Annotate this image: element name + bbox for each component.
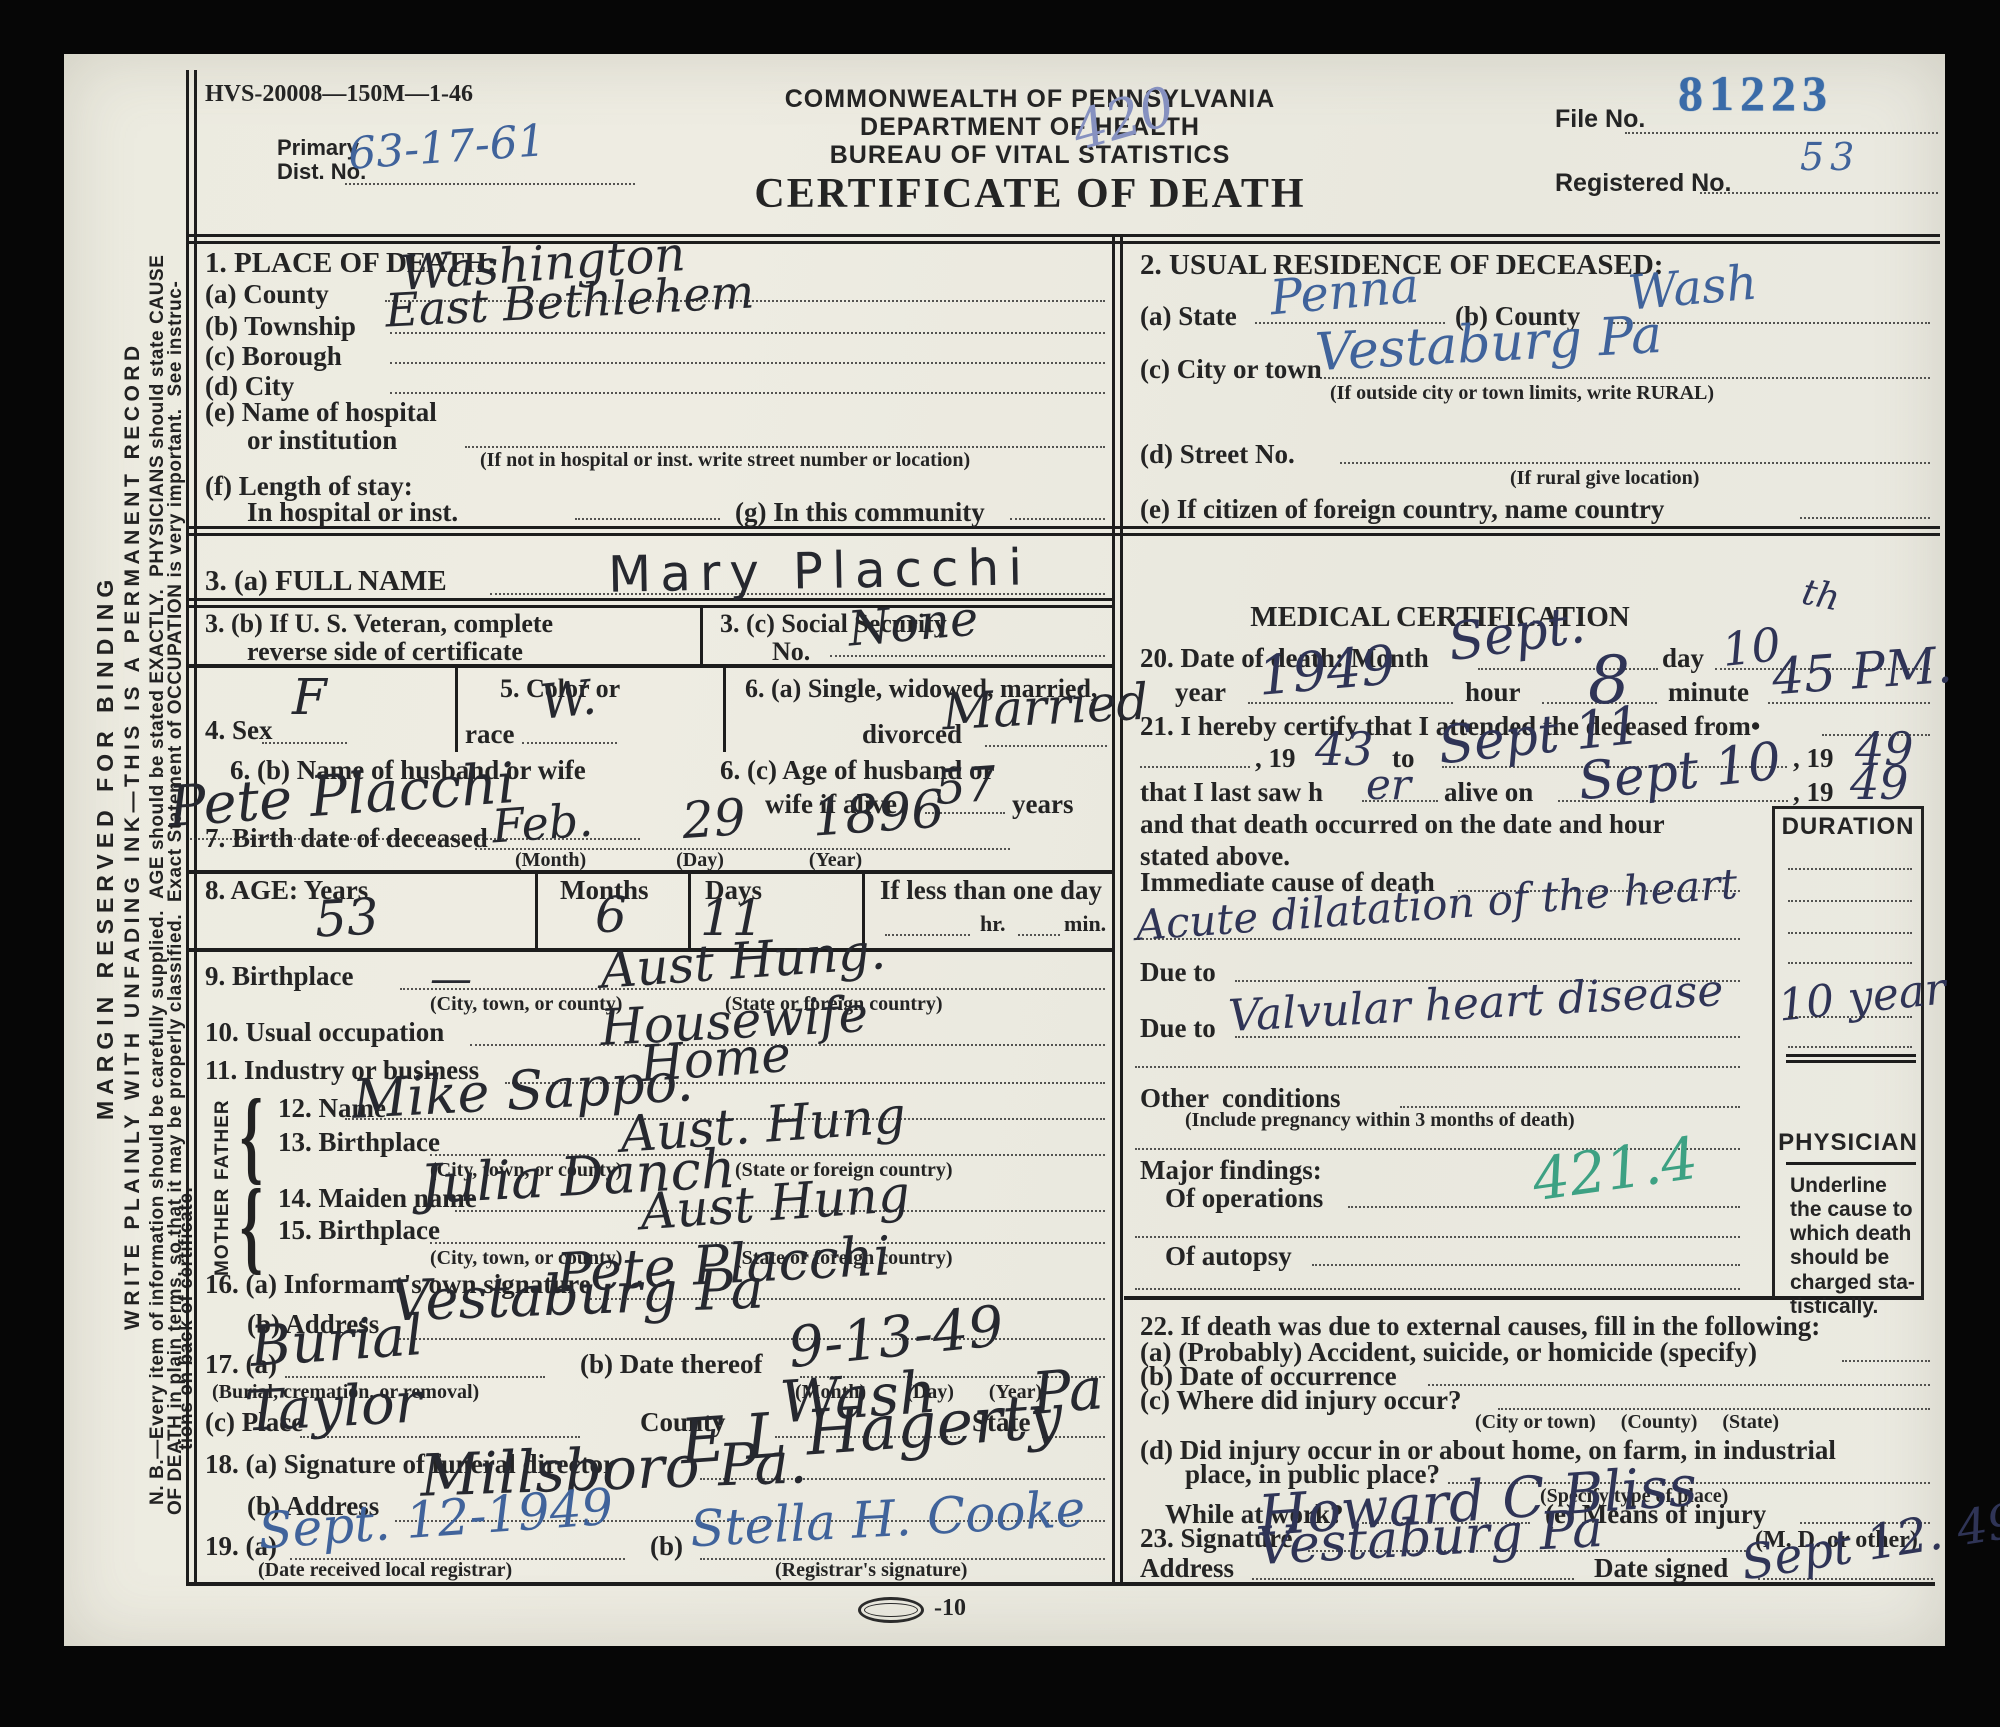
dotted-line <box>1788 932 1912 934</box>
hr-label: hr. <box>980 912 1005 936</box>
disposal-value: Burial <box>248 1308 425 1376</box>
father-group-label: FATHER <box>212 1099 234 1180</box>
hospital-label-2: or institution <box>247 426 397 455</box>
registrar-sig-caption: (Registrar's signature) <box>775 1560 967 1582</box>
birthplace-label: 9. Birthplace <box>205 962 354 991</box>
death-minute-value: 45 PM. <box>1770 640 1953 702</box>
race-value: W. <box>538 673 599 727</box>
dotted-line <box>1362 800 1438 802</box>
registrar-sig-label: (b) <box>650 1532 683 1561</box>
hospital-label: (e) Name of hospital <box>205 398 437 427</box>
full-name-label: 3. (a) FULL NAME <box>205 566 447 597</box>
informant-address-value: Vestaburg Pa <box>389 1261 765 1330</box>
spouse-age-years-label: years <box>1012 790 1073 819</box>
death-year-value: 1949 <box>1256 638 1398 704</box>
org-line-1: COMMONWEALTH OF PENNSYLVANIA <box>640 86 1420 113</box>
dotted-line <box>1340 462 1930 464</box>
citizen-label: (e) If citizen of foreign country, name … <box>1140 495 1664 524</box>
dotted-line <box>1400 1106 1740 1108</box>
sex-race-divider <box>455 668 458 752</box>
city-town-label: (c) City or town <box>1140 355 1322 384</box>
county-label: (a) County <box>205 280 329 309</box>
state-value: Penna <box>1268 262 1421 323</box>
dotted-line <box>1498 1408 1930 1410</box>
margin-note-ink: WRITE PLAINLY WITH UNFADING INK—THIS IS … <box>121 341 145 1330</box>
city-town-note: (If outside city or town limits, write R… <box>1330 383 1714 405</box>
dotted-line <box>390 332 1105 334</box>
death-minute-label: minute <box>1668 678 1749 707</box>
saw-year-prefix: , 19 <box>1793 778 1834 807</box>
physician-note: Underline the cause to which death shoul… <box>1790 1174 1920 1319</box>
veteran-label-1: 3. (b) If U. S. Veteran, complete <box>205 610 553 638</box>
dotted-line <box>1800 517 1930 519</box>
dotted-line <box>465 446 1105 448</box>
from-year-prefix: , 19 <box>1255 744 1296 773</box>
mother-group-label: MOTHER <box>212 1188 234 1276</box>
death-certificate-scan: MARGIN RESERVED FOR BINDING WRITE PLAINL… <box>0 0 2000 1727</box>
dotted-line <box>1010 518 1105 520</box>
dotted-line <box>1252 1578 1574 1580</box>
borough-label: (c) Borough <box>205 342 342 371</box>
disposal-place-value: Taylor <box>244 1375 423 1440</box>
medical-heading: MEDICAL CERTIFICATION <box>1140 602 1740 633</box>
veteran-ss-divider <box>700 608 703 664</box>
veteran-label-2: reverse side of certificate <box>247 638 523 666</box>
ss-label-2: No. <box>772 638 810 666</box>
mother-brace: { <box>240 1165 263 1286</box>
medical-th-note: th <box>1799 574 1843 617</box>
file-no-label: File No. <box>1555 106 1645 133</box>
union-printer-emblem-icon <box>858 1597 924 1623</box>
age-less-label: If less than one day <box>880 876 1102 905</box>
age-months-value: 6 <box>595 890 627 940</box>
birthdate-year-value: 1896 <box>810 783 946 844</box>
dotted-line <box>390 392 1105 394</box>
dotted-line <box>1135 938 1740 940</box>
duration-end-rule <box>1786 1054 1916 1057</box>
hospital-note: (If not in hospital or inst. write stree… <box>480 450 970 472</box>
dotted-line <box>575 518 720 520</box>
org-line-3: BUREAU OF VITAL STATISTICS <box>640 142 1420 169</box>
last-saw-label-1: that I last saw h <box>1140 778 1323 807</box>
dotted-line <box>1478 668 1658 670</box>
from-year-value: 43 <box>1315 726 1374 772</box>
occupation-label: 10. Usual occupation <box>205 1018 444 1047</box>
occurred-label: and that death occurred on the date and … <box>1140 810 1665 839</box>
dotted-line <box>885 934 970 936</box>
dotted-line <box>345 183 635 185</box>
dotted-line <box>985 745 1107 747</box>
physician-heading: PHYSICIAN <box>1778 1130 1918 1156</box>
dotted-line <box>1135 1066 1740 1068</box>
dotted-line <box>1788 1016 1912 1018</box>
dotted-line <box>522 742 617 744</box>
last-saw-label-2: alive on <box>1444 778 1533 807</box>
page-title: CERTIFICATE OF DEATH <box>640 172 1420 217</box>
dotted-line <box>1140 766 1250 768</box>
duration-heading: DURATION <box>1778 814 1918 840</box>
age-years-divider <box>535 874 538 948</box>
injury-where-captions: (City or town) (County) (State) <box>1475 1412 1779 1434</box>
due-to-2-label: Due to <box>1140 1014 1216 1043</box>
dotted-line <box>1788 962 1912 964</box>
registrar-date-caption: (Date received local registrar) <box>258 1560 512 1582</box>
age-years-value: 53 <box>314 891 380 944</box>
in-hospital-label: In hospital or inst. <box>247 498 458 527</box>
physician-address-label: Address <box>1140 1554 1234 1583</box>
autopsy-label: Of autopsy <box>1165 1242 1292 1271</box>
birthdate-captions: (Month) (Day) (Year) <box>515 850 862 872</box>
death-hour-label: hour <box>1465 678 1521 707</box>
major-findings-label: Major findings: <box>1140 1156 1322 1185</box>
birthdate-month-value: Feb. <box>491 797 595 850</box>
race-label-2: race <box>465 720 514 749</box>
dotted-line <box>1842 1360 1930 1362</box>
section-rule <box>186 526 1940 536</box>
margin-note-binding: MARGIN RESERVED FOR BINDING <box>92 574 119 1120</box>
to-year-prefix: , 19 <box>1793 744 1834 773</box>
center-divider-line <box>1112 234 1123 1586</box>
dotted-line <box>1135 1236 1740 1238</box>
state-label: (a) State <box>1140 302 1237 331</box>
mother-birthplace-label: 15. Birthplace <box>278 1216 440 1245</box>
saw-year-value: 49 <box>1850 760 1909 806</box>
birthdate-label: 7. Birth date of deceased <box>205 824 488 853</box>
other-conditions-note: (Include pregnancy within 3 months of de… <box>1185 1110 1575 1132</box>
birthplace-cap-city: (City, town, or county) <box>430 994 622 1016</box>
street-note: (If rural give location) <box>1510 468 1699 490</box>
dotted-line <box>1788 900 1912 902</box>
date-signed-label: Date signed <box>1594 1554 1728 1583</box>
dotted-line <box>1428 1384 1930 1386</box>
dotted-line <box>1700 192 1938 194</box>
birthdate-day-value: 29 <box>680 792 747 846</box>
dotted-line <box>390 362 1105 364</box>
disposal-date-label: (b) Date thereof <box>580 1350 762 1379</box>
death-day-label: day <box>1662 644 1704 673</box>
sex-value: F <box>292 672 327 722</box>
registered-no-value: 53 <box>1800 138 1860 176</box>
dotted-line <box>1018 934 1060 936</box>
due-to-1-label: Due to <box>1140 958 1216 987</box>
dotted-line <box>262 742 347 744</box>
dotted-line <box>1312 1264 1740 1266</box>
dotted-line <box>1788 868 1912 870</box>
physician-underline <box>1786 1162 1916 1165</box>
race-marital-divider <box>723 668 726 752</box>
footer-mark: -10 <box>934 1596 966 1622</box>
operations-label: Of operations <box>1165 1184 1323 1213</box>
marital-value: Married <box>941 677 1150 738</box>
sex-label: 4. Sex <box>205 716 273 745</box>
file-no-value: 81223 <box>1678 66 1833 120</box>
dotted-line <box>1788 1046 1912 1048</box>
min-label: min. <box>1064 912 1106 936</box>
father-birthplace-label: 13. Birthplace <box>278 1128 440 1157</box>
dotted-line <box>1135 1288 1740 1290</box>
street-no-label: (d) Street No. <box>1140 440 1295 469</box>
township-label: (b) Township <box>205 312 356 341</box>
form-number: HVS-20008—150M—1-46 <box>205 82 473 108</box>
injury-where-label: (c) Where did injury occur? <box>1140 1386 1461 1415</box>
org-line-2: DEPARTMENT OF HEALTH <box>640 114 1420 141</box>
death-year-label: year <box>1175 678 1226 707</box>
dotted-line <box>1625 132 1938 134</box>
dotted-line <box>1235 1036 1740 1038</box>
ss-value: None <box>846 594 980 653</box>
in-community-label: (g) In this community <box>735 498 985 527</box>
duration-end-rule-2 <box>1786 1060 1916 1063</box>
